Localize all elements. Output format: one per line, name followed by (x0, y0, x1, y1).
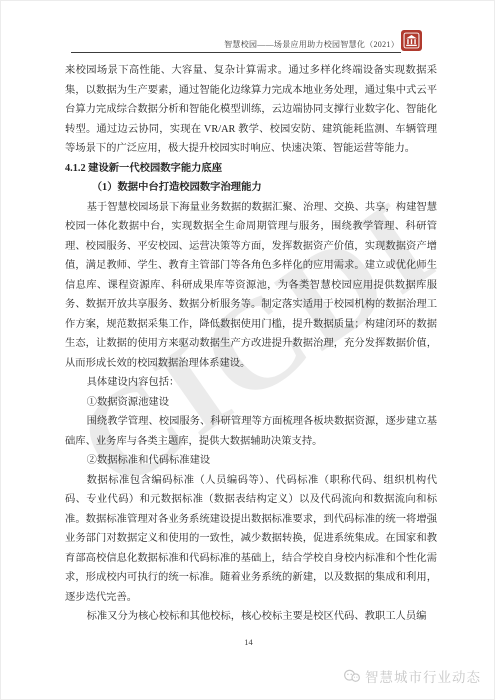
paragraph-list-intro: 具体建设内容包括： (65, 373, 437, 393)
section-heading: 4.1.2 建设新一代校园数字能力底座 (65, 159, 437, 179)
document-body: 来校园场景下高性能、大容量、复杂计算需求。通过多样化终端设备实现数据采集，以数据… (65, 61, 437, 627)
classical-building-icon (401, 30, 422, 51)
header-rule (71, 52, 401, 53)
paragraph-continuation: 来校园场景下高性能、大容量、复杂计算需求。通过多样化终端设备实现数据采集，以数据… (65, 61, 437, 159)
chat-bubbles-icon (343, 668, 361, 684)
sub-heading: （1）数据中台打造校园数字治理能力 (65, 178, 437, 198)
list-item-2-body: 数据标准包含编码标准（人员编码等）、代码标准（职称代码、组织机构代码、专业代码）… (65, 471, 437, 608)
page-number: 14 (1, 637, 495, 647)
paragraph-data-platform: 基于智慧校园场景下海量业务数据的数据汇聚、治理、交换、共享，构建智慧校园一体化数… (65, 198, 437, 374)
footer-brand: 智慧城市行业动态 (343, 666, 481, 686)
footer-brand-label: 智慧城市行业动态 (365, 666, 481, 686)
document-page: CICDI 智慧校园——场景应用助力校园智慧化（2021） 来校园场景下高性能、… (0, 0, 495, 700)
list-item-1-body: 围绕教学管理、校园服务、科研管理等方面梳理各板块数据资源，逐步建立基础库、业务库… (65, 412, 437, 451)
list-item-1-title: ①数据资源池建设 (65, 393, 437, 413)
page-header-title: 智慧校园——场景应用助力校园智慧化（2021） (71, 39, 399, 50)
list-item-2-title: ②数据标准和代码标准建设 (65, 451, 437, 471)
paragraph-last: 标准又分为核心校标和其他校标，核心校标主要是校区代码、教职工人员编 (65, 607, 437, 627)
